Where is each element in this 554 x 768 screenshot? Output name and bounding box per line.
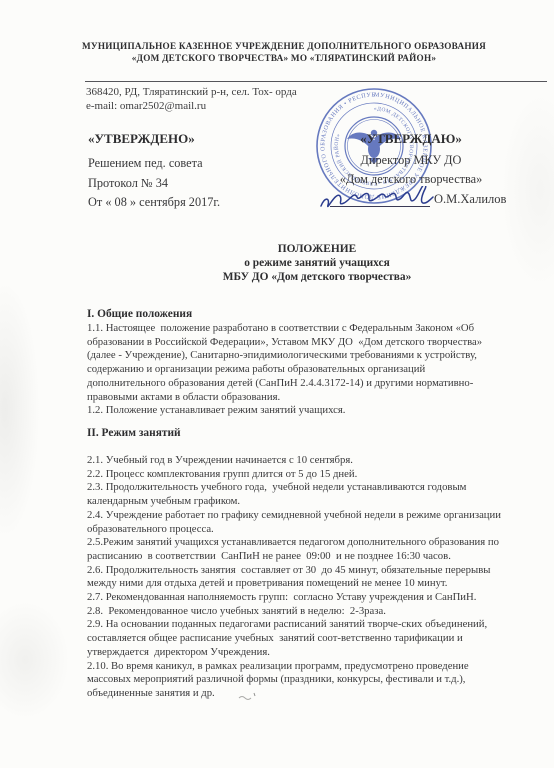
paragraph-2-2: 2.2. Процесс комплектования групп длится… [87, 468, 554, 482]
scanned-document-page: МУНИЦИПАЛЬНОЕ КАЗЕННОЕ УЧРЕЖДЕНИЕ ДОПОЛН… [0, 0, 554, 768]
document-title-block: ПОЛОЖЕНИЕ о режиме занятий учащихся МБУ … [87, 242, 547, 284]
document-title-line1: ПОЛОЖЕНИЕ [87, 242, 547, 256]
director-title: Директор МКУ ДО [322, 151, 500, 170]
address-line: 368420, РД, Тляратинский р-н, сел. Тох- … [86, 86, 297, 100]
paragraph-2-9: 2.9. На основании поданных педагогами ра… [87, 618, 554, 659]
paragraph-2-3: 2.3. Продолжительность учебного года, уч… [87, 481, 554, 508]
org-header: МУНИЦИПАЛЬНОЕ КАЗЕННОЕ УЧРЕЖДЕНИЕ ДОПОЛН… [14, 40, 554, 64]
document-title-line2: о режиме занятий учащихся [87, 256, 547, 270]
signature-row: О.М.Халилов [322, 190, 500, 214]
approval-basis: Решением пед. совета [88, 154, 220, 174]
header-divider-rule [85, 81, 547, 82]
address-block: 368420, РД, Тляратинский р-н, сел. Тох- … [86, 86, 297, 113]
paragraph-2-7: 2.7. Рекомендованная наполняемость групп… [87, 591, 554, 605]
document-title-line3: МБУ ДО «Дом детского творчества» [87, 270, 547, 284]
paragraph-2-1: 2.1. Учебный год в Учреждении начинается… [87, 454, 554, 468]
paragraph-2-6: 2.6. Продолжительность занятия составляе… [87, 564, 554, 591]
approval-block-left: «УТВЕРЖДЕНО» Решением пед. совета Проток… [88, 131, 220, 213]
scan-artifact [0, 280, 40, 540]
section-general-provisions: I. Общие положения 1.1. Настоящее положе… [87, 307, 554, 418]
scan-smudge [238, 692, 258, 702]
org-name-line1: МУНИЦИПАЛЬНОЕ КАЗЕННОЕ УЧРЕЖДЕНИЕ ДОПОЛН… [14, 40, 554, 52]
paragraph-2-8: 2.8. Рекомендованное число учебных занят… [87, 605, 554, 619]
approval-date: От « 08 » сентября 2017г. [88, 193, 220, 213]
signature-scribble-icon [318, 186, 436, 214]
paragraph-2-10: 2.10. Во время каникул, в рамках реализа… [87, 660, 554, 701]
section-class-schedule: II. Режим занятий 2.1. Учебный год в Учр… [87, 426, 554, 701]
section1-heading: I. Общие положения [87, 307, 554, 321]
paragraph-2-4: 2.4. Учреждение работает по графику семи… [87, 509, 554, 536]
section2-heading: II. Режим занятий [87, 426, 554, 440]
signatory-name: О.М.Халилов [434, 192, 506, 207]
approved-label: «УТВЕРЖДЕНО» [88, 131, 220, 147]
scan-artifact [0, 600, 70, 720]
paragraph-2-5: 2.5.Режим занятий учащихся устанавливает… [87, 536, 554, 563]
approve-label: «УТВЕРЖДАЮ» [322, 131, 500, 147]
paragraph-1-2: 1.2. Положение устанавливает режим занят… [87, 404, 554, 418]
org-name-line2: «ДОМ ДЕТСКОГО ТВОРЧЕСТВА» МО «ТЛЯРАТИНСК… [14, 52, 554, 64]
paragraph-1-1: 1.1. Настоящее положение разработано в с… [87, 322, 554, 404]
approval-block-right: «УТВЕРЖДАЮ» Директор МКУ ДО «Дом детског… [322, 131, 500, 214]
email-line: e-mail: omar2502@mail.ru [86, 100, 297, 114]
protocol-number: Протокол № 34 [88, 174, 220, 194]
